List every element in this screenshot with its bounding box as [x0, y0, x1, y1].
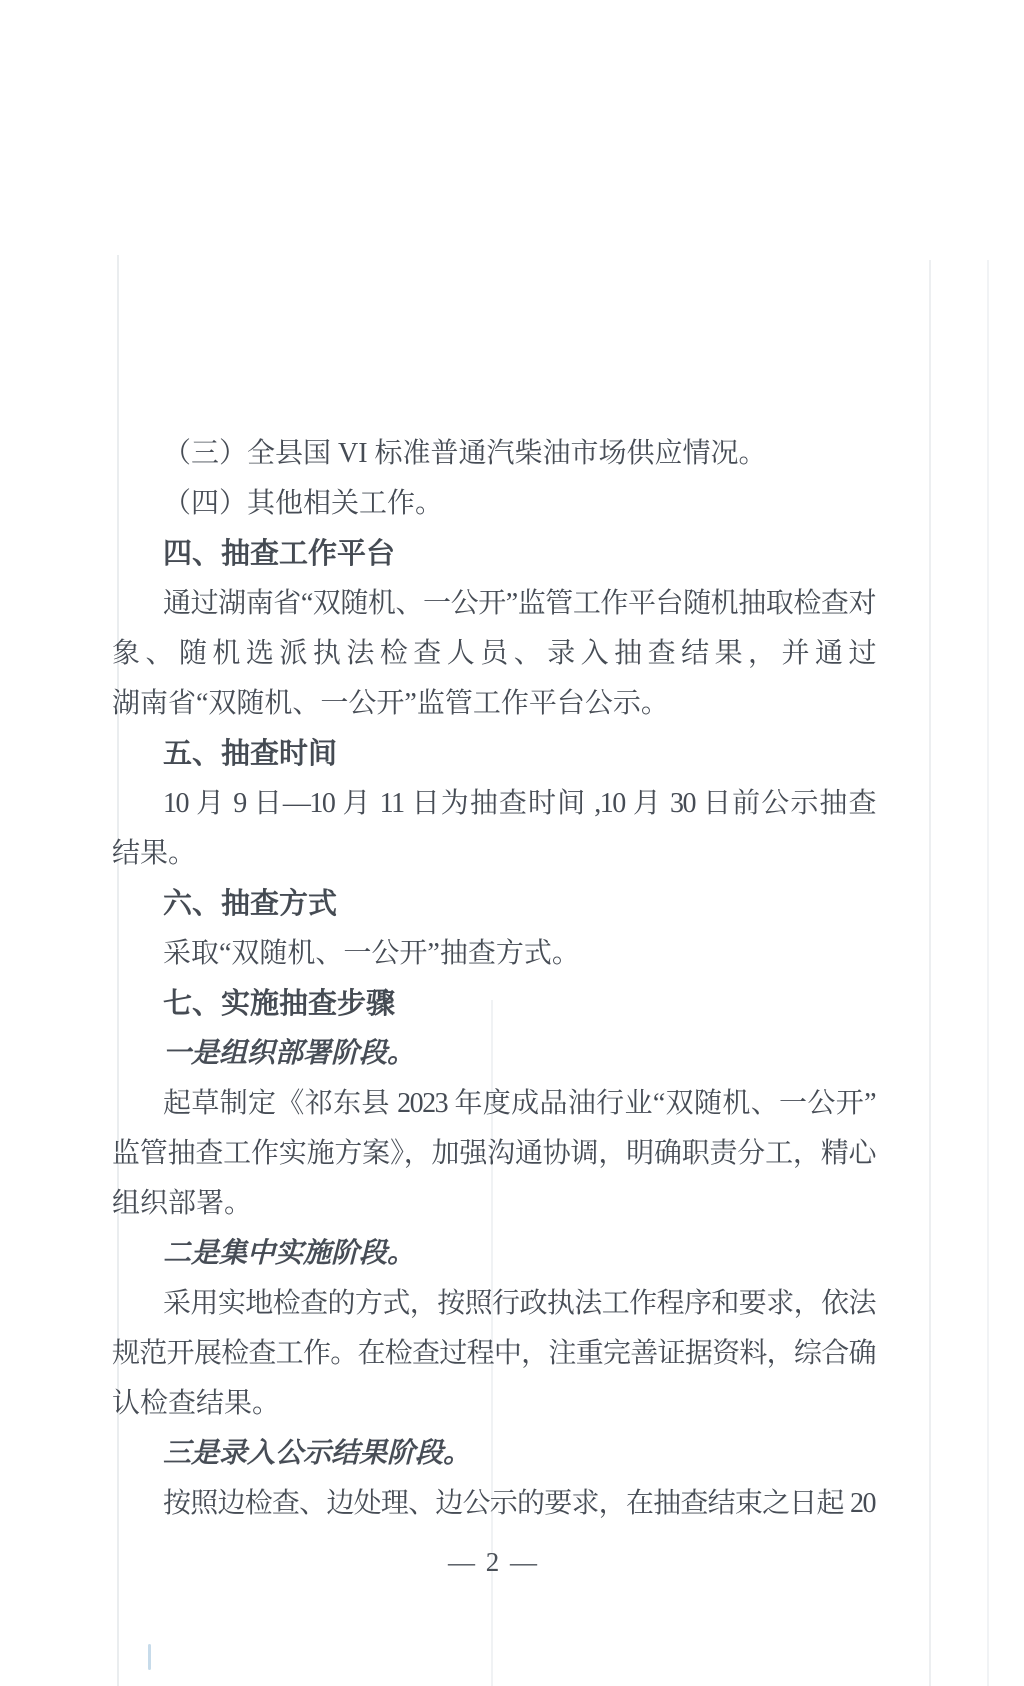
scan-artifact-right-outer-edge — [987, 260, 989, 1686]
section-heading-4: 四、抽查工作平台 — [112, 529, 875, 579]
doc-line: 采取“双随机、一公开”抽查方式。 — [112, 929, 875, 979]
section-heading-5: 五、抽查时间 — [112, 729, 875, 779]
doc-line-item-3: （三）全县国 VI 标准普通汽柴油市场供应情况。 — [112, 429, 875, 479]
doc-line: 认检查结果。 — [112, 1379, 875, 1429]
doc-line: 监管抽查工作实施方案》，加强沟通协调，明确职责分工，精心 — [112, 1129, 875, 1179]
document-page: （三）全县国 VI 标准普通汽柴油市场供应情况。 （四）其他相关工作。 四、抽查… — [0, 0, 1024, 1686]
doc-line: 10 月 9 日—10 月 11 日为抽查时间 ,10 月 30 日前公示抽查 — [112, 779, 875, 829]
scan-artifact-right-edge — [929, 260, 931, 1686]
document-body: （三）全县国 VI 标准普通汽柴油市场供应情况。 （四）其他相关工作。 四、抽查… — [112, 429, 875, 1529]
doc-line: 起草制定《祁东县 2023 年度成品油行业“双随机、一公开” — [112, 1079, 875, 1129]
doc-line: 按照边检查、边处理、边公示的要求，在抽查结束之日起 20 — [112, 1479, 875, 1529]
page-number: — 2 — — [112, 1542, 875, 1582]
doc-line: 湖南省“双随机、一公开”监管工作平台公示。 — [112, 679, 875, 729]
doc-line: 通过湖南省“双随机、一公开”监管工作平台随机抽取检查对 — [112, 579, 875, 629]
subsection-heading-2: 二是集中实施阶段。 — [112, 1229, 875, 1279]
doc-line: 采用实地检查的方式，按照行政执法工作程序和要求，依法 — [112, 1279, 875, 1329]
doc-line: 规范开展检查工作。在检查过程中，注重完善证据资料，综合确 — [112, 1329, 875, 1379]
doc-line-item-4: （四）其他相关工作。 — [112, 479, 875, 529]
doc-line: 组织部署。 — [112, 1179, 875, 1229]
subsection-heading-1: 一是组织部署阶段。 — [112, 1029, 875, 1079]
doc-line: 象、随机选派执法检查人员、录入抽查结果，并通过 — [112, 629, 875, 679]
scan-artifact-pen-mark — [148, 1644, 151, 1670]
subsection-heading-3: 三是录入公示结果阶段。 — [112, 1429, 875, 1479]
section-heading-6: 六、抽查方式 — [112, 879, 875, 929]
section-heading-7: 七、实施抽查步骤 — [112, 979, 875, 1029]
doc-line: 结果。 — [112, 829, 875, 879]
